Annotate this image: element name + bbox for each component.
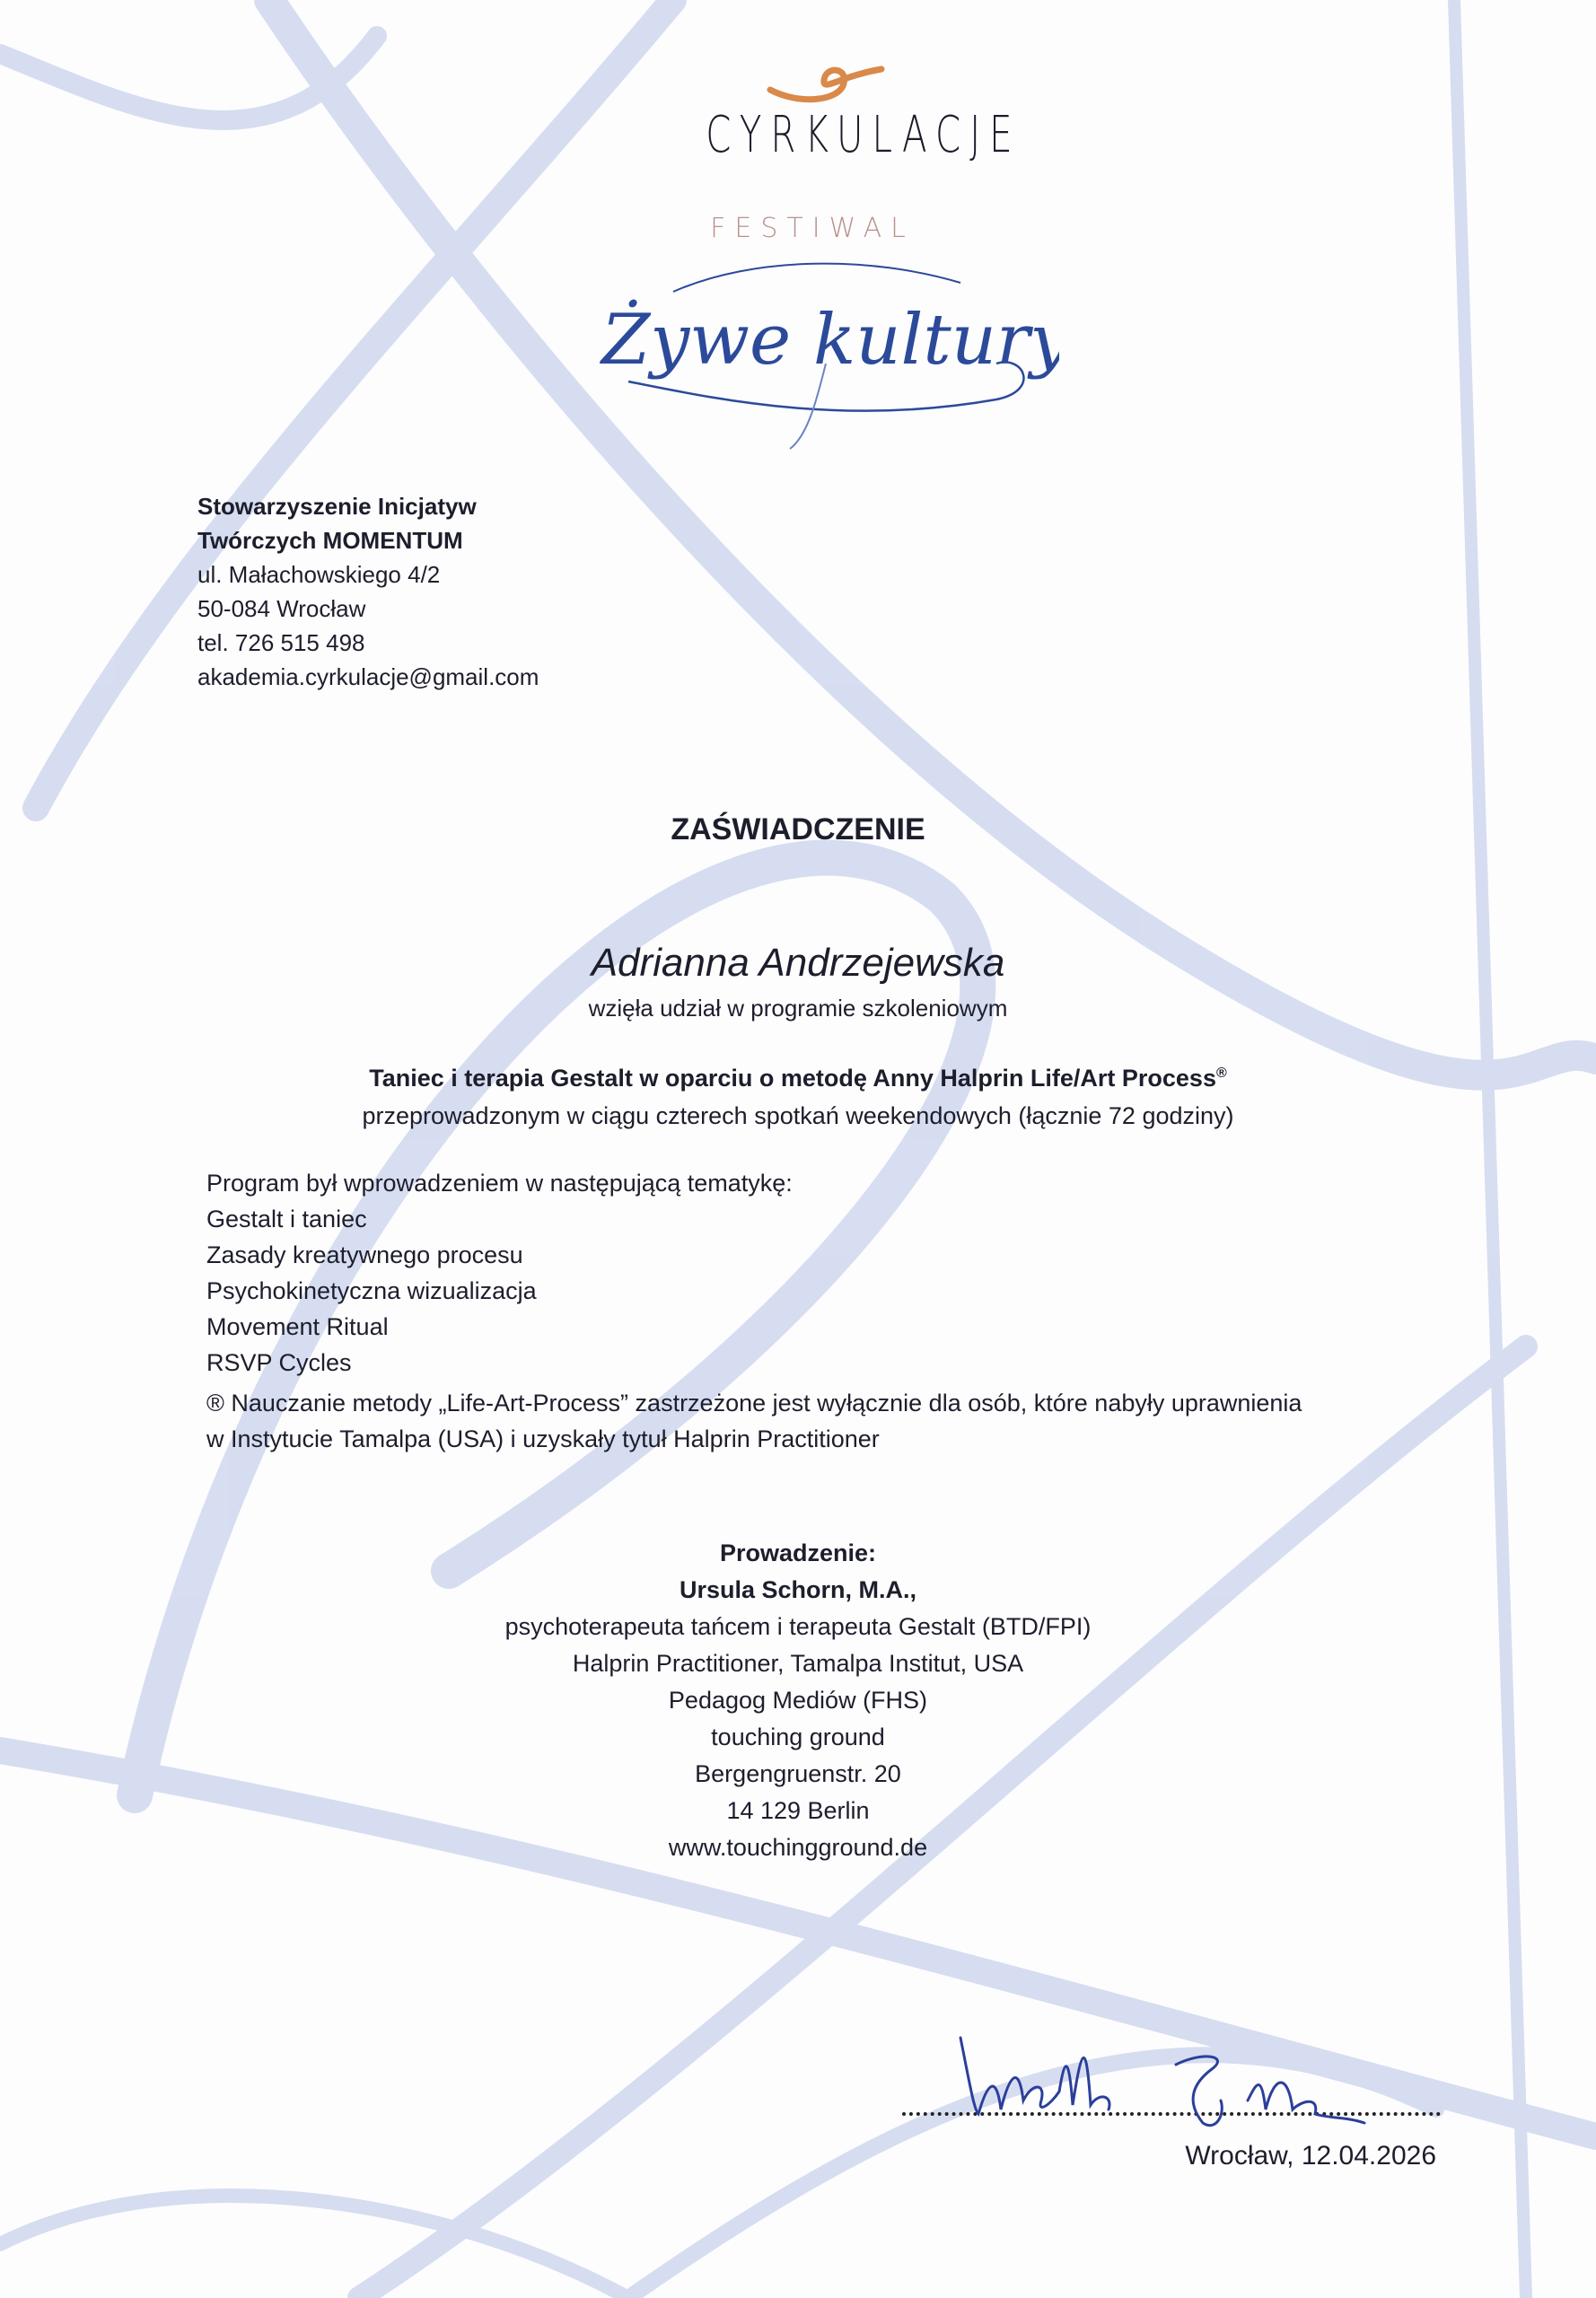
org-phone: tel. 726 515 498 <box>197 626 539 660</box>
org-email: akademia.cyrkulacje@gmail.com <box>197 660 539 694</box>
participation-statement: wzięła udział w programie szkoleniowym <box>0 995 1596 1022</box>
topic-item: Gestalt i taniec <box>206 1201 793 1237</box>
program-description: przeprowadzonym w ciągu czterech spotkań… <box>0 1102 1596 1130</box>
registered-mark: ® <box>1216 1066 1227 1081</box>
svg-text:Żywe kultury ruchu: Żywe kultury ruchu <box>599 298 1059 381</box>
festival-script-title: Żywe kultury ruchu <box>574 247 1059 453</box>
leader-info: Prowadzenie: Ursula Schorn, M.A., psycho… <box>0 1535 1596 1866</box>
festival-label: FESTIWAL <box>664 213 960 244</box>
topics-list: Program był wprowadzeniem w następującą … <box>206 1165 793 1381</box>
topic-item: RSVP Cycles <box>206 1345 793 1381</box>
topic-item: Zasady kreatywnego procesu <box>206 1237 793 1273</box>
org-name-line1: Stowarzyszenie Inicjatyw <box>197 489 539 523</box>
leader-detail: psychoterapeuta tańcem i terapeuta Gesta… <box>0 1609 1596 1645</box>
leader-detail: Bergengruenstr. 20 <box>0 1756 1596 1793</box>
handwritten-signature <box>907 2011 1445 2145</box>
organization-info: Stowarzyszenie Inicjatyw Twórczych MOMEN… <box>197 489 539 694</box>
topic-item: Movement Ritual <box>206 1309 793 1345</box>
leader-detail: Halprin Practitioner, Tamalpa Institut, … <box>0 1645 1596 1682</box>
certificate-heading: ZAŚWIADCZENIE <box>0 812 1596 847</box>
org-street: ul. Małachowskiego 4/2 <box>197 557 539 592</box>
org-city: 50-084 Wrocław <box>197 592 539 626</box>
topics-intro: Program był wprowadzeniem w następującą … <box>206 1165 793 1201</box>
note-line-2: w Instytucie Tamalpa (USA) i uzyskały ty… <box>206 1421 1463 1457</box>
leader-label: Prowadzenie: <box>0 1535 1596 1572</box>
org-name-line2: Twórczych MOMENTUM <box>197 523 539 557</box>
program-title-text: Taniec i terapia Gestalt w oparciu o met… <box>369 1065 1216 1092</box>
leader-name: Ursula Schorn, M.A., <box>0 1572 1596 1609</box>
brand-name: CYRKULACJE <box>706 106 919 164</box>
program-title: Taniec i terapia Gestalt w oparciu o met… <box>0 1065 1596 1092</box>
leader-detail: touching ground <box>0 1719 1596 1756</box>
trademark-note: ® Nauczanie metody „Life-Art-Process” za… <box>206 1385 1463 1457</box>
place-and-date: Wrocław, 12.04.2026 <box>1113 2141 1436 2171</box>
leader-detail: 14 129 Berlin <box>0 1793 1596 1829</box>
cyrkulacje-logo-icon <box>763 49 889 112</box>
leader-website: www.touchingground.de <box>0 1829 1596 1866</box>
topic-item: Psychokinetyczna wizualizacja <box>206 1273 793 1309</box>
note-line-1: ® Nauczanie metody „Life-Art-Process” za… <box>206 1385 1463 1421</box>
recipient-name: Adrianna Andrzejewska <box>0 941 1596 986</box>
leader-detail: Pedagog Mediów (FHS) <box>0 1682 1596 1719</box>
